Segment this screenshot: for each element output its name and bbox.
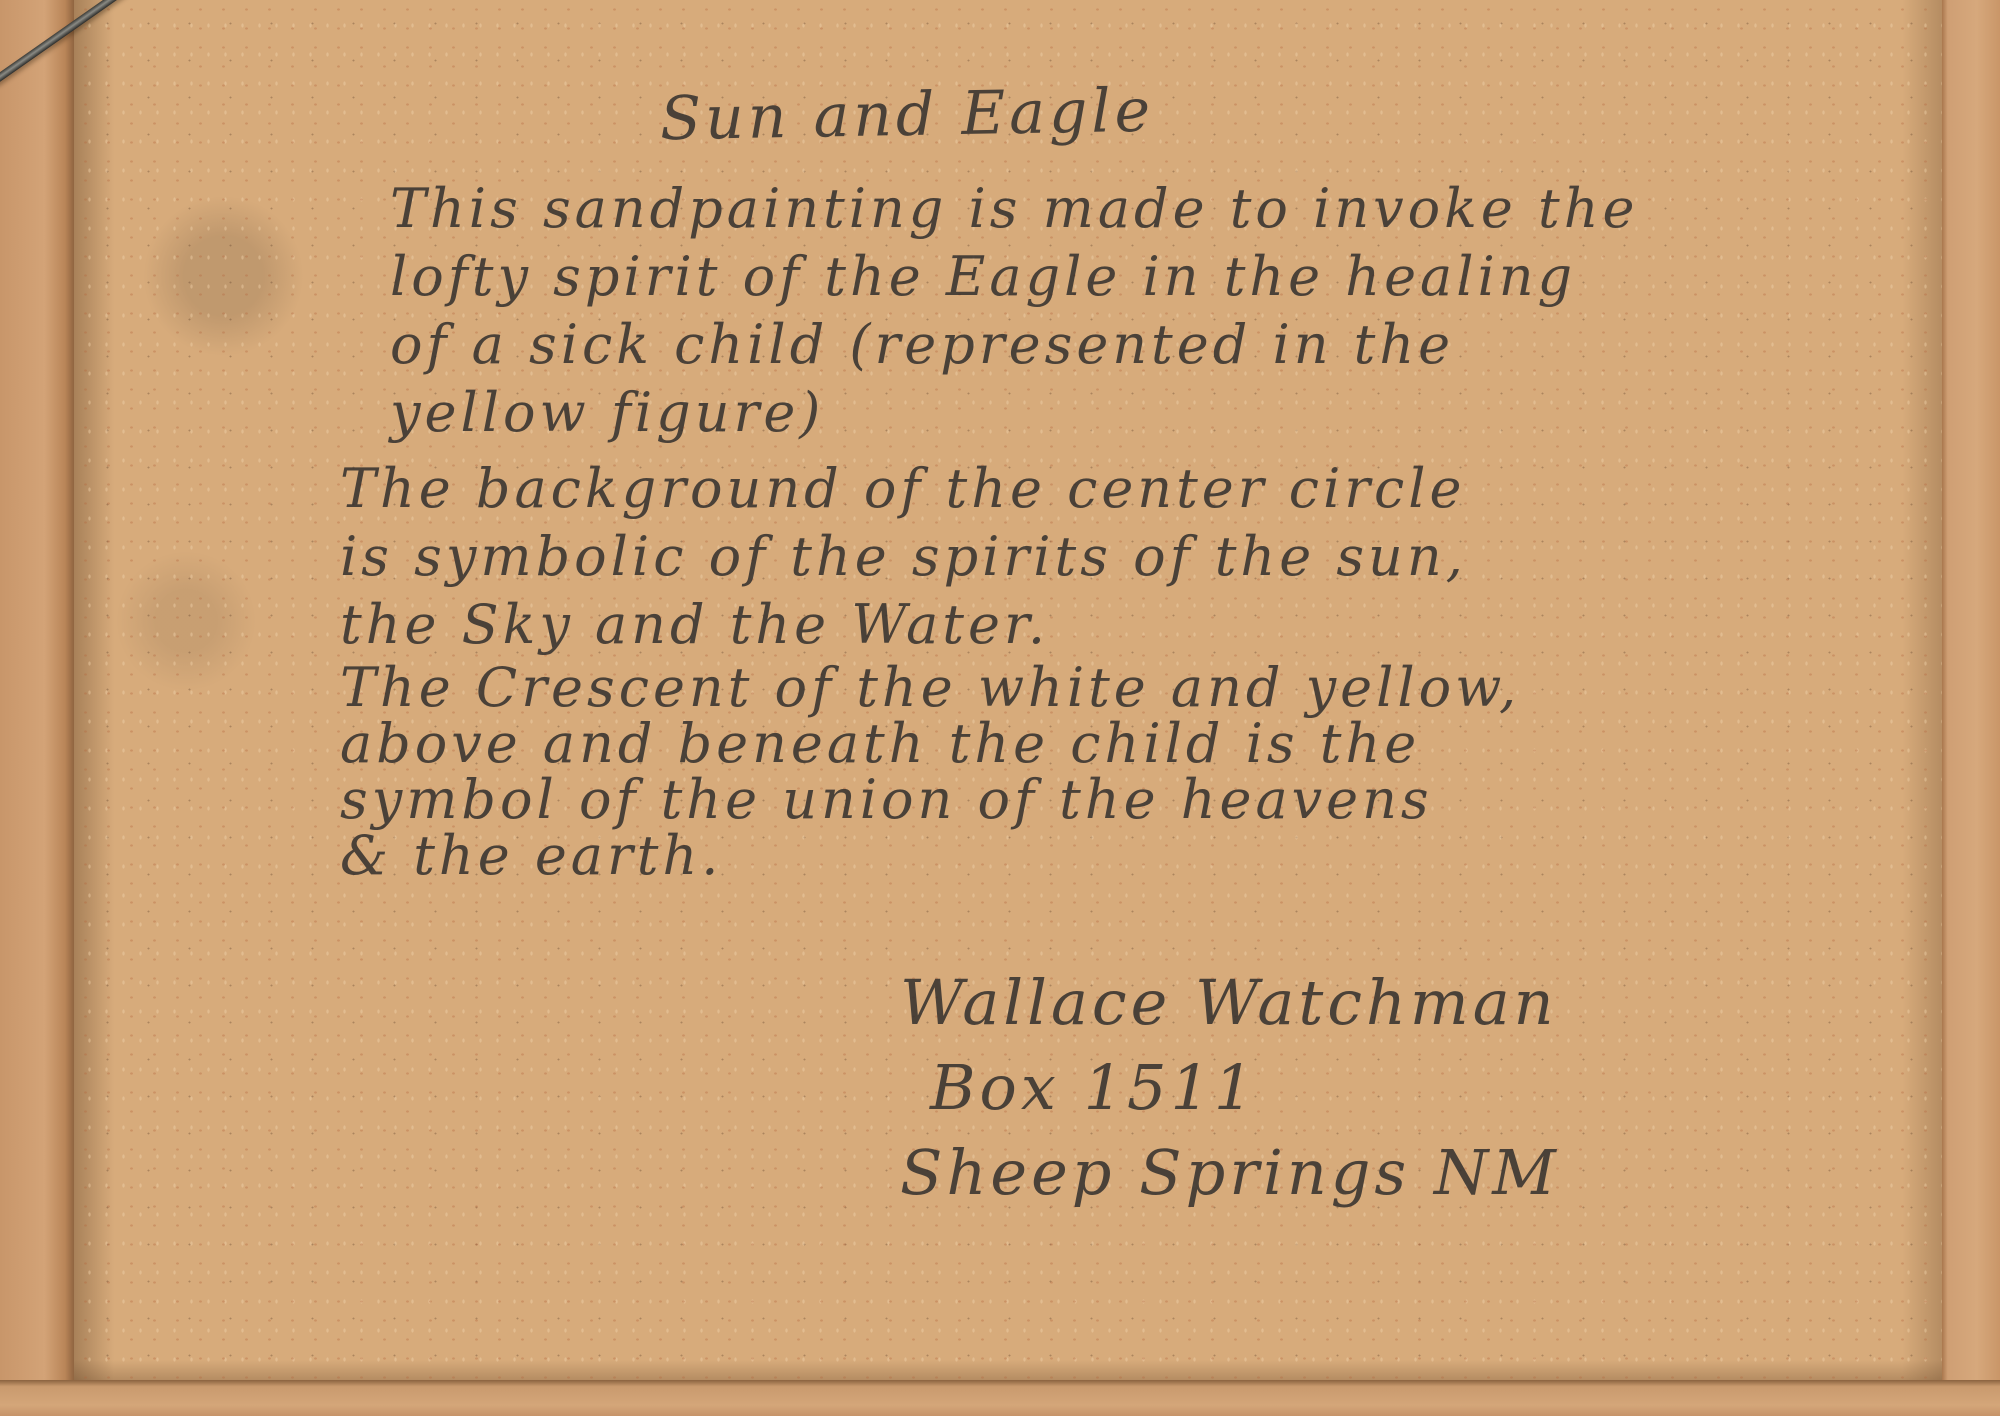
inscription-line: The background of the center circle: [340, 455, 1467, 523]
frame-bottom-edge: [0, 1380, 2000, 1416]
inscription-line: lofty spirit of the Eagle in the healing: [390, 243, 1638, 311]
inscription-line: yellow figure): [390, 379, 1638, 447]
address-town: Sheep Springs NM: [900, 1130, 1560, 1215]
inscription-title: Sun and Eagle: [659, 76, 1154, 155]
inscription-line: of a sick child (represented in the: [390, 311, 1638, 379]
inscription-paragraph-3: The Crescent of the white and yellow, ab…: [340, 660, 1520, 884]
inscription-paragraph-1: This sandpainting is made to invoke the …: [390, 175, 1638, 447]
inscription-paragraph-2: The background of the center circle is s…: [340, 455, 1467, 659]
inscription-line: symbol of the union of the heavens: [340, 772, 1520, 828]
inscription-line: & the earth.: [340, 828, 1520, 884]
frame-right-edge: [1942, 0, 2000, 1416]
inscription-line: above and beneath the child is the: [340, 716, 1520, 772]
artist-signature-block: Wallace Watchman Box 1511 Sheep Springs …: [900, 960, 1560, 1215]
inscription-line: the Sky and the Water.: [340, 591, 1467, 659]
address-box: Box 1511: [900, 1045, 1560, 1130]
inscription-line: This sandpainting is made to invoke the: [390, 175, 1638, 243]
frame-left-edge: [0, 0, 74, 1416]
inscription-line: The Crescent of the white and yellow,: [340, 660, 1520, 716]
inscription-line: is symbolic of the spirits of the sun,: [340, 523, 1467, 591]
artist-name: Wallace Watchman: [900, 960, 1560, 1045]
